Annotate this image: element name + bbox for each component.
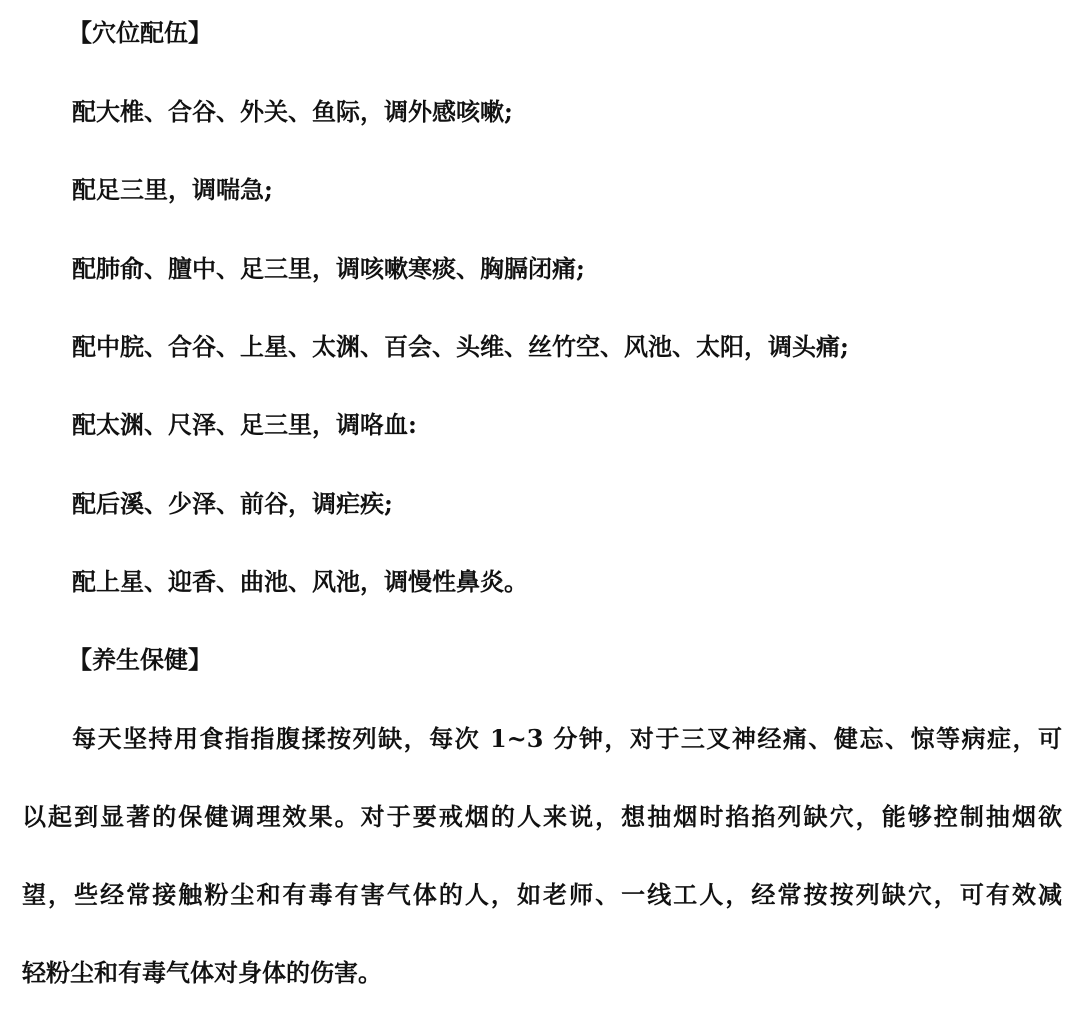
paragraph-line: 轻粉尘和有毒气体对身体的伤害。 — [22, 958, 1062, 988]
combination-item: 配大椎、合谷、外关、鱼际，调外感咳嗽; — [72, 97, 513, 127]
paragraph-line: 每天坚持用食指指腹揉按列缺，每次 1~3 分钟，对于三叉神经痛、健忘、惊等病症，… — [72, 724, 1062, 754]
paragraph-line: 以起到显著的保健调理效果。对于要戒烟的人来说，想抽烟时掐掐列缺穴，能够控制抽烟欲 — [22, 802, 1062, 832]
combination-item: 配太渊、尺泽、足三里，调咯血: — [72, 410, 417, 440]
combination-item: 配中脘、合谷、上星、太渊、百会、头维、丝竹空、风池、太阳，调头痛; — [72, 332, 849, 362]
section-heading-acupoint-combination: 【穴位配伍】 — [68, 18, 212, 48]
document-page: 【穴位配伍】 配大椎、合谷、外关、鱼际，调外感咳嗽; 配足三里，调喘急; 配肺俞… — [0, 0, 1080, 1036]
combination-item: 配上星、迎香、曲池、风池，调慢性鼻炎。 — [72, 567, 528, 597]
paragraph-line: 望，些经常接触粉尘和有毒有害气体的人，如老师、一线工人，经常按按列缺穴，可有效减 — [22, 880, 1062, 910]
section-heading-health-care: 【养生保健】 — [68, 645, 212, 675]
combination-item: 配足三里，调喘急; — [72, 175, 273, 205]
combination-item: 配肺俞、膻中、足三里，调咳嗽寒痰、胸膈闭痛; — [72, 254, 585, 284]
combination-item: 配后溪、少泽、前谷，调疟疾; — [72, 489, 393, 519]
